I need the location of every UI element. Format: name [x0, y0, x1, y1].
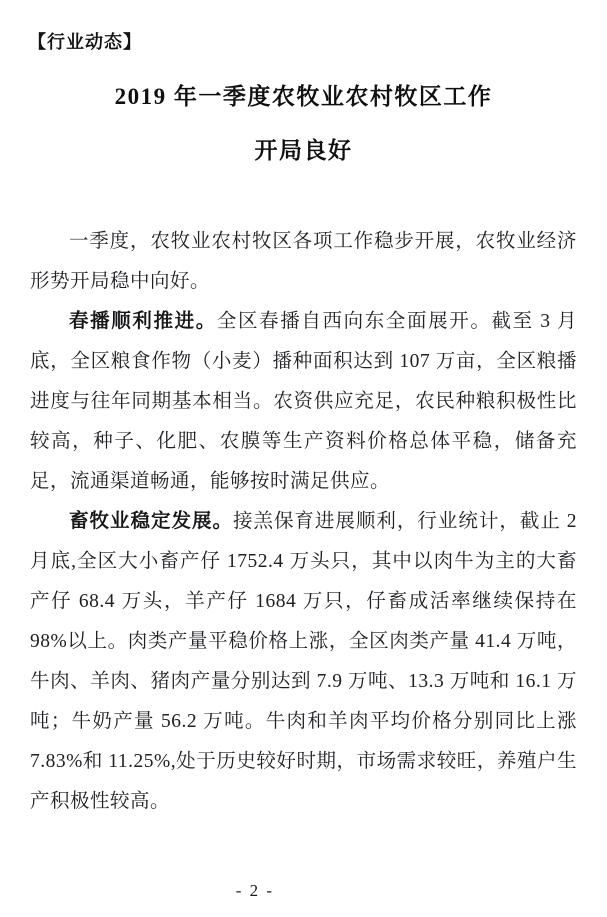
- paragraph-lead: 春播顺利推进。: [69, 311, 217, 332]
- paragraph: 春播顺利推进。全区春播自西向东全面展开。截至 3 月底，全区粮食作物（小麦）播种…: [30, 302, 577, 502]
- document-title-line1: 2019 年一季度农牧业农村牧区工作: [30, 70, 577, 124]
- document-title-line2: 开局良好: [30, 124, 577, 178]
- section-tag: 【行业动态】: [28, 30, 579, 54]
- paragraph: 一季度，农牧业农村牧区各项工作稳步开展，农牧业经济形势开局稳中向好。: [30, 222, 577, 302]
- paragraph: 畜牧业稳定发展。接羔保育进展顺利，行业统计，截止 2 月底,全区大小畜产仔 17…: [30, 502, 577, 822]
- paragraph-text: 一季度，农牧业农村牧区各项工作稳步开展，农牧业经济形势开局稳中向好。: [30, 231, 577, 292]
- document-page: 【行业动态】 2019 年一季度农牧业农村牧区工作 开局良好 一季度，农牧业农村…: [0, 0, 607, 917]
- paragraph-lead: 畜牧业稳定发展。: [69, 511, 233, 532]
- paragraph-text: 全区春播自西向东全面展开。截至 3 月底，全区粮食作物（小麦）播种面积达到 10…: [30, 311, 577, 492]
- page-number: - 2 -: [0, 881, 510, 901]
- document-body: 一季度，农牧业农村牧区各项工作稳步开展，农牧业经济形势开局稳中向好。 春播顺利推…: [30, 222, 577, 822]
- paragraph-text: 接羔保育进展顺利，行业统计，截止 2 月底,全区大小畜产仔 1752.4 万头只…: [30, 511, 577, 812]
- document-title: 2019 年一季度农牧业农村牧区工作 开局良好: [30, 70, 577, 178]
